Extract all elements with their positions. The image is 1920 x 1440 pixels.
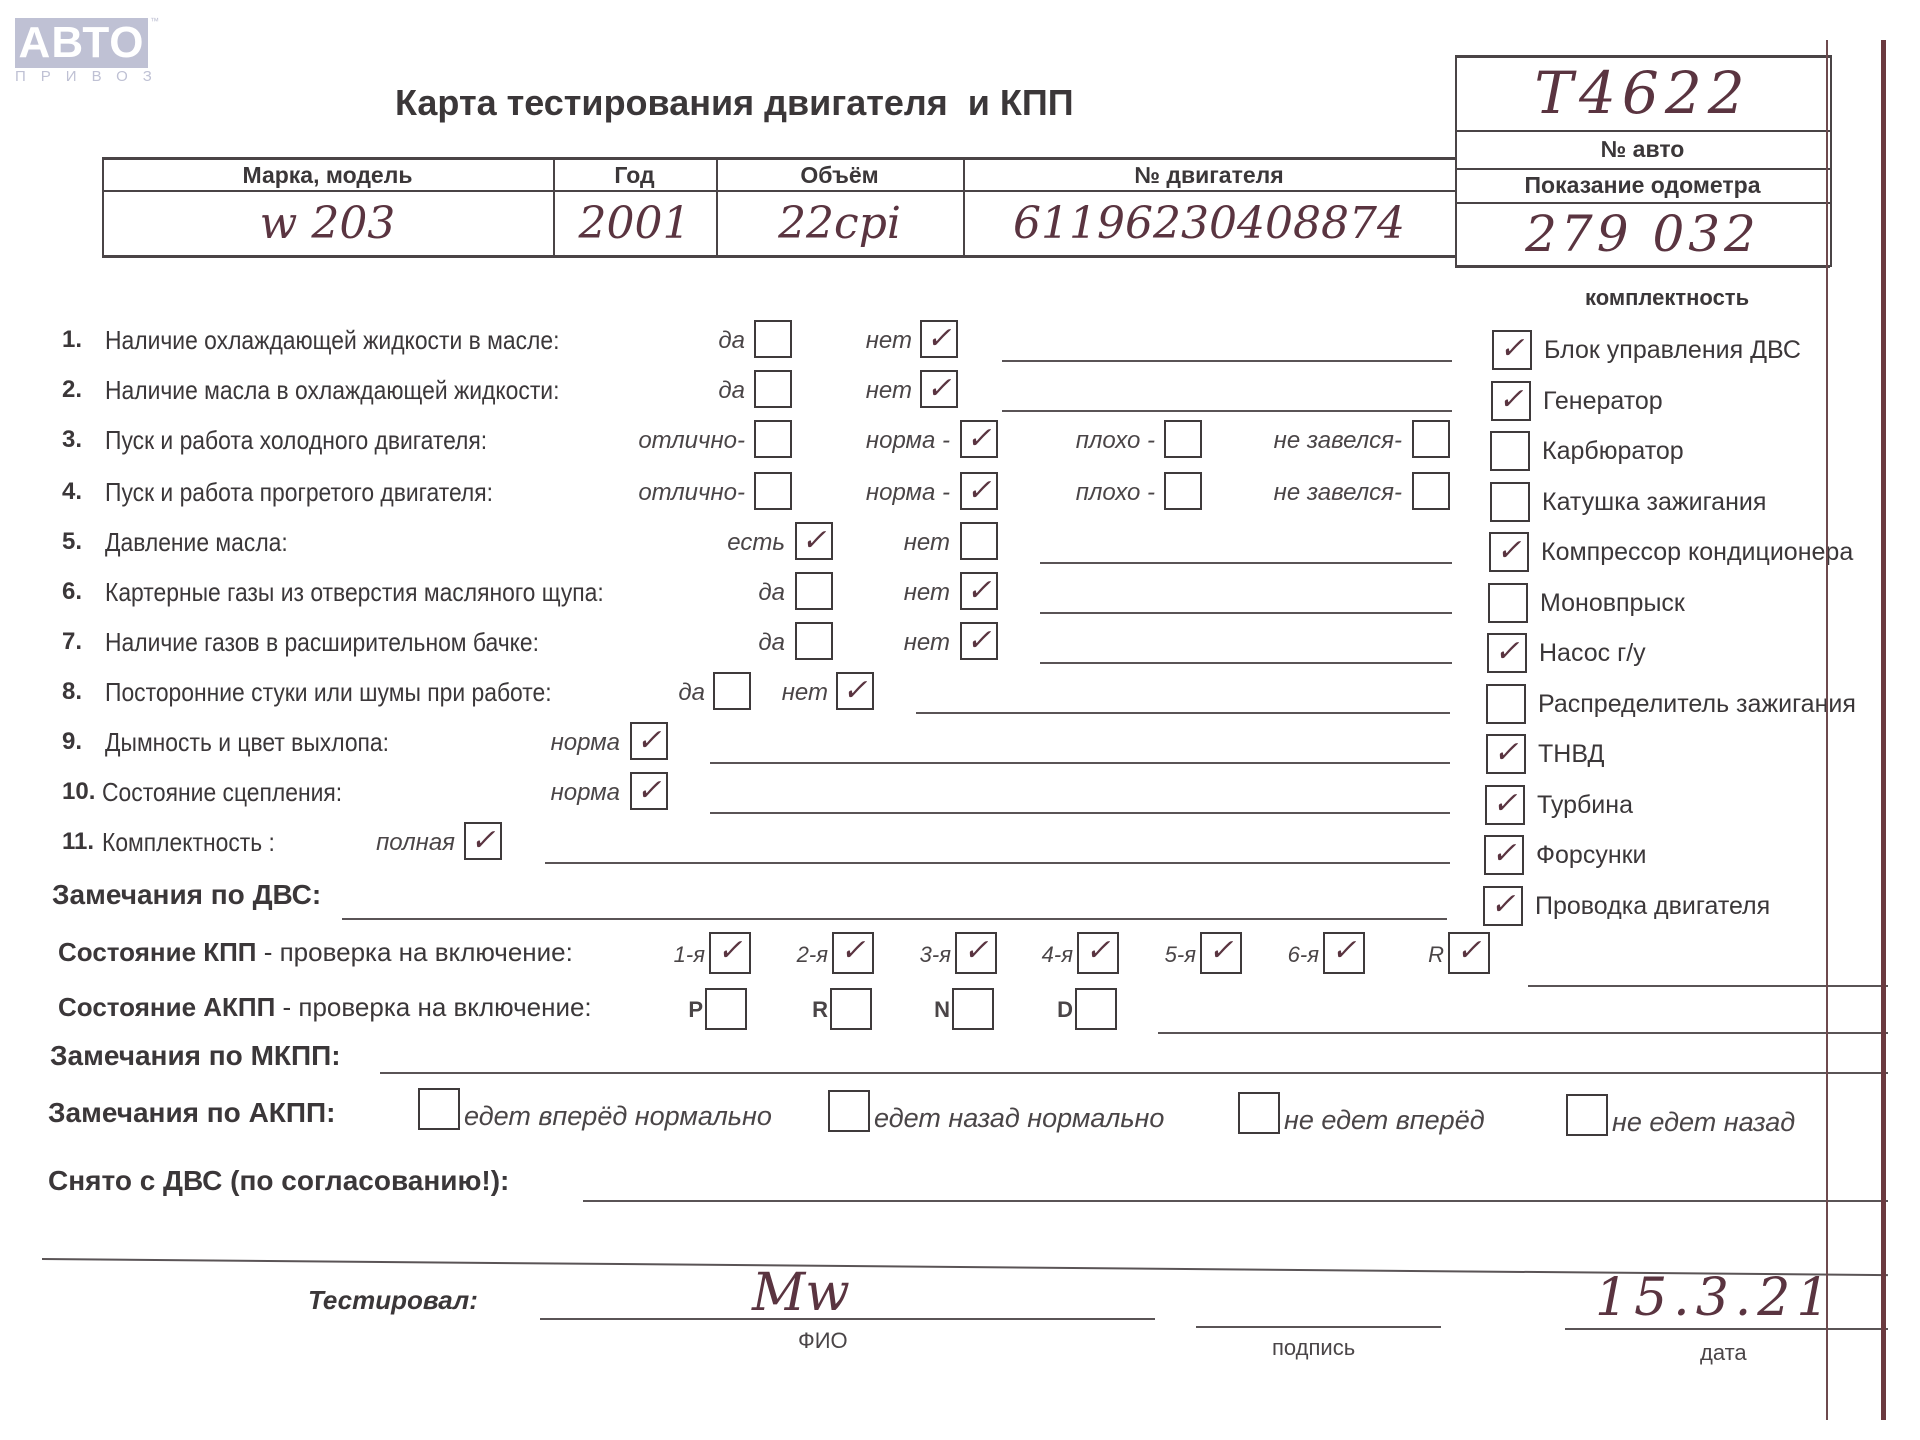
option-label: полная	[255, 828, 455, 858]
option-label: нет	[712, 326, 912, 356]
brand-logo: АВТО	[15, 18, 148, 68]
kit-item-label: Компрессор кондиционера	[1541, 536, 1853, 568]
remarks-line[interactable]	[710, 812, 1450, 814]
check-number: 8.	[62, 676, 82, 708]
kit-item-checkbox[interactable]	[1486, 684, 1526, 724]
car-number-label: № авто	[1455, 134, 1830, 164]
check-number: 9.	[62, 726, 82, 758]
gear-label: 5-я	[1096, 940, 1196, 970]
remarks-line[interactable]	[916, 712, 1450, 714]
remarks-line[interactable]	[545, 862, 1450, 864]
check-number: 6.	[62, 576, 82, 608]
remarks-line[interactable]	[1002, 410, 1452, 412]
check-5-option-2-checkbox[interactable]	[960, 522, 998, 560]
gear-label: 1-я	[605, 940, 705, 970]
check-label: Наличие охлаждающей жидкости в масле:	[105, 324, 559, 356]
auto-position-label: P	[665, 995, 703, 1025]
remarks-line[interactable]	[1040, 662, 1452, 664]
table-value-2[interactable]: 2001	[553, 194, 716, 254]
check-4-option-3-checkbox[interactable]	[1164, 472, 1202, 510]
auto-remark-label: не едет назад	[1612, 1106, 1795, 1138]
auto-remark-4-checkbox[interactable]	[1566, 1094, 1608, 1136]
table-header-divider	[102, 190, 1455, 192]
kit-item-checkbox[interactable]	[1488, 583, 1528, 623]
check-number: 5.	[62, 526, 82, 558]
check-label: Дымность и цвет выхлопа:	[105, 726, 389, 758]
table-bottom-border	[102, 255, 1455, 258]
check-3-option-4-checkbox[interactable]	[1412, 420, 1450, 458]
check-10-option-1-checkbox[interactable]: ✓	[630, 772, 668, 810]
tested-by-label: Тестировал:	[308, 1283, 478, 1317]
completeness-heading: комплектность	[1585, 284, 1749, 312]
option-label: плохо -	[955, 426, 1155, 456]
kit-item-checkbox[interactable]: ✓	[1483, 886, 1523, 926]
option-label: нет	[750, 628, 950, 658]
option-label: не завелся-	[1202, 478, 1402, 508]
auto-position-1-checkbox[interactable]	[705, 988, 747, 1030]
auto-position-label: R	[790, 995, 828, 1025]
gear-label: 3-я	[851, 940, 951, 970]
kit-item-checkbox[interactable]: ✓	[1487, 633, 1527, 673]
manual-gearbox-title: Состояние КПП	[58, 937, 257, 967]
auto-remark-label: едет назад нормально	[874, 1102, 1164, 1134]
date-caption: дата	[1700, 1340, 1747, 1366]
kit-item-label: Распределитель зажигания	[1538, 688, 1856, 720]
kit-item-checkbox[interactable]	[1490, 431, 1530, 471]
table-value-3[interactable]: 22cpi	[716, 194, 963, 254]
check-1-option-2-checkbox[interactable]: ✓	[920, 320, 958, 358]
check-number: 3.	[62, 424, 82, 456]
auto-position-4-checkbox[interactable]	[1075, 988, 1117, 1030]
removed-label: Снято с ДВС (по согласованию!):	[48, 1163, 509, 1199]
kit-item-checkbox[interactable]: ✓	[1484, 835, 1524, 875]
car-box-rule	[1455, 202, 1830, 204]
odometer-value[interactable]: 279 032	[1455, 205, 1830, 263]
option-label: норма	[420, 778, 620, 808]
date-line[interactable]	[1565, 1328, 1888, 1330]
kit-item-checkbox[interactable]: ✓	[1486, 734, 1526, 774]
auto-gearbox-label: Состояние АКПП - проверка на включение:	[58, 990, 592, 1024]
remarks-line[interactable]	[1002, 360, 1452, 362]
check-number: 4.	[62, 476, 82, 508]
option-label: отлично-	[545, 426, 745, 456]
car-number-value[interactable]: T4622	[1455, 58, 1830, 128]
gear-7-checkbox[interactable]: ✓	[1448, 932, 1490, 974]
kit-item-label: Турбина	[1537, 789, 1633, 821]
check-label: Комплектность :	[102, 826, 275, 858]
remarks-engine-label: Замечания по ДВС:	[52, 877, 321, 913]
remarks-manual-label: Замечания по МКПП:	[50, 1038, 341, 1074]
kit-item-checkbox[interactable]: ✓	[1492, 330, 1532, 370]
page-title: Карта тестирования двигателя и КПП	[395, 82, 1074, 124]
kit-item-checkbox[interactable]: ✓	[1485, 785, 1525, 825]
table-header-2: Год	[553, 161, 716, 189]
check-label: Картерные газы из отверстия масляного щу…	[105, 576, 604, 608]
manual-gearbox-hint: - проверка на включение:	[257, 937, 573, 967]
kit-item-checkbox[interactable]	[1490, 482, 1530, 522]
auto-remark-3-checkbox[interactable]	[1238, 1092, 1280, 1134]
page-border-thin	[1826, 40, 1828, 1420]
remarks-engine-line[interactable]	[342, 918, 1447, 920]
check-label: Пуск и работа прогретого двигателя:	[105, 476, 493, 508]
odometer-label: Показание одометра	[1455, 170, 1830, 200]
auto-remark-2-checkbox[interactable]	[828, 1090, 870, 1132]
option-label: норма -	[750, 426, 950, 456]
auto-gearbox-remarks-line[interactable]	[1158, 1032, 1888, 1034]
option-label: нет	[750, 528, 950, 558]
option-label: нет	[712, 376, 912, 406]
gear-label: R	[1344, 940, 1444, 970]
check-8-option-2-checkbox[interactable]: ✓	[836, 672, 874, 710]
option-label: отлично-	[545, 478, 745, 508]
remarks-manual-line[interactable]	[380, 1072, 1888, 1074]
page-border-thick	[1881, 40, 1886, 1420]
name-caption: ФИО	[798, 1328, 848, 1354]
check-3-option-3-checkbox[interactable]	[1164, 420, 1202, 458]
kit-item-label: Карбюратор	[1542, 435, 1684, 467]
kit-item-label: Катушка зажигания	[1542, 486, 1766, 518]
kit-item-label: Форсунки	[1536, 839, 1647, 871]
auto-position-label: D	[1035, 995, 1073, 1025]
check-number: 7.	[62, 626, 82, 658]
signature-caption: подпись	[1272, 1335, 1355, 1361]
car-box-rule	[1455, 265, 1830, 268]
signature-line[interactable]	[1196, 1326, 1441, 1328]
check-9-option-1-checkbox[interactable]: ✓	[630, 722, 668, 760]
check-6-option-2-checkbox[interactable]: ✓	[960, 572, 998, 610]
auto-remark-label: едет вперёд нормально	[464, 1100, 772, 1132]
kit-item-label: ТНВД	[1538, 738, 1604, 770]
table-value-4[interactable]: 61196230408874	[963, 194, 1455, 254]
kit-item-checkbox[interactable]: ✓	[1491, 381, 1531, 421]
kit-item-label: Моновпрыск	[1540, 587, 1685, 619]
date-value[interactable]: 15.3.21	[1595, 1268, 1835, 1328]
check-label: Наличие газов в расширительном бачке:	[105, 626, 539, 658]
name-value[interactable]: Мw	[752, 1265, 850, 1321]
kit-item-label: Генератор	[1543, 385, 1663, 417]
kit-item-checkbox[interactable]: ✓	[1489, 532, 1529, 572]
auto-remark-1-checkbox[interactable]	[418, 1088, 460, 1130]
auto-position-2-checkbox[interactable]	[830, 988, 872, 1030]
removed-line[interactable]	[583, 1200, 1888, 1202]
logo-trademark: ™	[150, 16, 159, 26]
kit-item-label: Блок управления ДВС	[1544, 334, 1801, 366]
auto-position-3-checkbox[interactable]	[952, 988, 994, 1030]
logo-subtitle: ПРИВОЗ	[15, 68, 167, 85]
check-label: Наличие масла в охлаждающей жидкости:	[105, 374, 559, 406]
check-number: 11.	[62, 826, 94, 858]
manual-gearbox-label: Состояние КПП - проверка на включение:	[58, 935, 573, 969]
table-top-border	[102, 157, 1455, 160]
gear-label: 6-я	[1219, 940, 1319, 970]
car-box-rule	[1455, 130, 1830, 132]
check-4-option-4-checkbox[interactable]	[1412, 472, 1450, 510]
table-header-4: № двигателя	[963, 161, 1455, 189]
kit-item-label: Проводка двигателя	[1535, 890, 1770, 922]
auto-gearbox-title: Состояние АКПП	[58, 992, 275, 1022]
option-label: норма -	[750, 478, 950, 508]
auto-position-label: N	[912, 995, 950, 1025]
remarks-auto-label: Замечания по АКПП:	[48, 1095, 335, 1131]
check-label: Давление масла:	[105, 526, 288, 558]
auto-remark-label: не едет вперёд	[1284, 1104, 1485, 1136]
kit-item-label: Насос г/у	[1539, 637, 1646, 669]
manual-gearbox-remarks-line[interactable]	[1528, 985, 1888, 987]
check-number: 1.	[62, 324, 82, 356]
check-number: 2.	[62, 374, 82, 406]
gear-label: 4-я	[973, 940, 1073, 970]
check-label: Состояние сцепления:	[102, 776, 342, 808]
option-label: плохо -	[955, 478, 1155, 508]
option-label: нет	[628, 678, 828, 708]
gear-label: 2-я	[728, 940, 828, 970]
check-label: Посторонние стуки или шумы при работе:	[105, 676, 552, 708]
remarks-line[interactable]	[710, 762, 1450, 764]
option-label: не завелся-	[1202, 426, 1402, 456]
check-11-option-1-checkbox[interactable]: ✓	[464, 822, 502, 860]
check-7-option-2-checkbox[interactable]: ✓	[960, 622, 998, 660]
auto-gearbox-hint: - проверка на включение:	[275, 992, 591, 1022]
remarks-line[interactable]	[1040, 612, 1452, 614]
option-label: норма	[420, 728, 620, 758]
table-header-3: Объём	[716, 161, 963, 189]
check-2-option-2-checkbox[interactable]: ✓	[920, 370, 958, 408]
table-value-1[interactable]: w 203	[102, 194, 553, 254]
option-label: нет	[750, 578, 950, 608]
check-number: 10.	[62, 776, 95, 808]
check-label: Пуск и работа холодного двигателя:	[105, 424, 487, 456]
remarks-line[interactable]	[1040, 562, 1452, 564]
table-header-1: Марка, модель	[102, 161, 553, 189]
car-box-right-border	[1830, 55, 1832, 267]
